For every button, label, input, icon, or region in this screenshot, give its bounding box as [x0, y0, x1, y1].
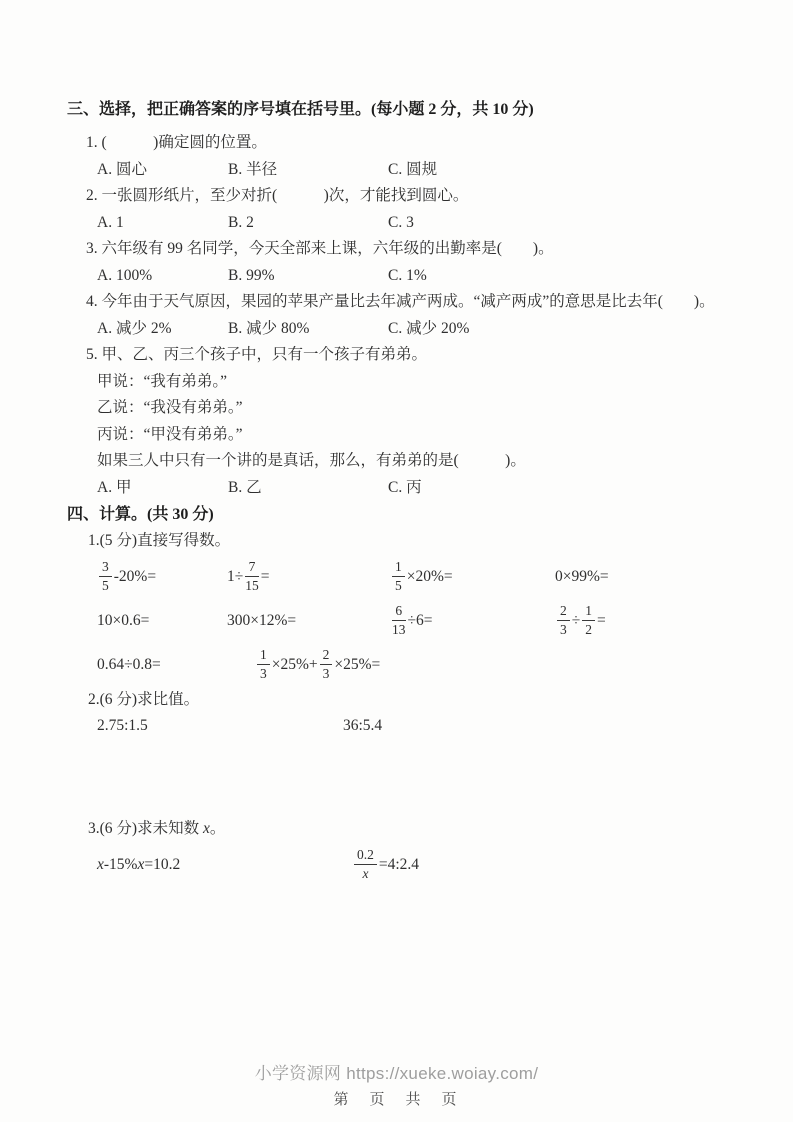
- math-text: 10×0.6=: [97, 612, 149, 630]
- sub3-label-suffix: 。: [210, 820, 226, 837]
- options-row: A. 减少 2%B. 减少 80%C. 减少 20%: [0, 316, 793, 343]
- question-line: 如果三人中只有一个讲的是真话，那么，有弟弟的是( )。: [97, 448, 793, 475]
- option-c: C. 减少 20%: [388, 316, 469, 343]
- math-expression: 0.64÷0.8=: [97, 643, 161, 687]
- question-stem: 5. 甲、乙、丙三个孩子中，只有一个孩子有弟弟。: [86, 342, 793, 369]
- math-expression: 35-20%=: [97, 555, 156, 599]
- calc-sub1-label: 1.(5 分)直接写得数。: [88, 528, 793, 555]
- calc-row: 35-20%=1÷715=15×20%=0×99%=: [0, 555, 793, 599]
- option-b: B. 99%: [228, 263, 275, 290]
- math-text: ×25%=: [334, 656, 380, 674]
- option-c: C. 1%: [388, 263, 427, 290]
- option-a: A. 100%: [97, 263, 152, 290]
- option-b: B. 半径: [228, 157, 277, 184]
- math-expression: 13×25%+23×25%=: [255, 643, 380, 687]
- question-stem: 4. 今年由于天气原因，果园的苹果产量比去年减产两成。“减产两成”的意思是比去年…: [86, 289, 793, 316]
- question-line: 丙说：“甲没有弟弟。”: [97, 422, 793, 449]
- math-text: x: [137, 856, 144, 874]
- option-a: A. 甲: [97, 475, 131, 502]
- multiple-choice-questions: 1. ( )确定圆的位置。A. 圆心B. 半径C. 圆规2. 一张圆形纸片，至少…: [0, 130, 793, 501]
- options-row: A. 圆心B. 半径C. 圆规: [0, 157, 793, 184]
- direct-calculation-rows: 35-20%=1÷715=15×20%=0×99%=10×0.6=300×12%…: [0, 555, 793, 687]
- math-expression: 1÷715=: [227, 555, 270, 599]
- option-b: B. 乙: [228, 475, 262, 502]
- option-b: B. 减少 80%: [228, 316, 309, 343]
- option-b: B. 2: [228, 210, 254, 237]
- math-text: =: [597, 612, 606, 630]
- option-c: C. 圆规: [388, 157, 437, 184]
- calc-sub3-label: 3.(6 分)求未知数 x。: [88, 816, 793, 843]
- options-row: A. 甲B. 乙C. 丙: [0, 475, 793, 502]
- math-expression: 10×0.6=: [97, 599, 149, 643]
- math-text: 1÷: [227, 568, 243, 586]
- question-stem: 1. ( )确定圆的位置。: [86, 130, 793, 157]
- page-footer: 小学资源网 https://xueke.woiay.com/ 第 页 共 页: [0, 1059, 793, 1109]
- fraction: 12: [582, 603, 595, 638]
- math-text: ÷: [572, 612, 581, 630]
- fraction: 23: [320, 647, 333, 682]
- fraction: 35: [99, 559, 112, 594]
- math-expression: 613÷6=: [390, 599, 433, 643]
- options-row: A. 100%B. 99%C. 1%: [0, 263, 793, 290]
- ratio-value: 2.75:1.5: [97, 713, 148, 739]
- math-text: -15%: [104, 856, 138, 874]
- math-text: ÷6=: [408, 612, 433, 630]
- fraction: 23: [557, 603, 570, 638]
- math-text: =: [261, 568, 270, 586]
- question-stem: 2. 一张圆形纸片，至少对折( )次，才能找到圆心。: [86, 183, 793, 210]
- option-c: C. 3: [388, 210, 414, 237]
- question-line: 乙说：“我没有弟弟。”: [97, 395, 793, 422]
- math-expression: 300×12%=: [227, 599, 296, 643]
- math-text: 0×99%=: [555, 568, 609, 586]
- fraction: 0.2x: [354, 847, 377, 882]
- math-text: 0.64÷0.8=: [97, 656, 161, 674]
- equation: x-15%x=10.2: [97, 843, 180, 887]
- math-expression: 15×20%=: [390, 555, 453, 599]
- ratio-values-row: 2.75:1.536:5.4: [0, 713, 793, 739]
- option-a: A. 1: [97, 210, 124, 237]
- math-text: =4:2.4: [379, 856, 419, 874]
- fraction: 15: [392, 559, 405, 594]
- question-line: 甲说：“我有弟弟。”: [97, 369, 793, 396]
- math-text: ×25%+: [272, 656, 318, 674]
- section3-heading: 三、选择，把正确答案的序号填在括号里。(每小题 2 分，共 10 分): [67, 96, 793, 123]
- worksheet-page: 三、选择，把正确答案的序号填在括号里。(每小题 2 分，共 10 分) 1. (…: [0, 0, 793, 1122]
- sub3-label-variable: x: [203, 820, 210, 837]
- fraction: 613: [392, 603, 406, 638]
- option-a: A. 减少 2%: [97, 316, 171, 343]
- calc-sub2-label: 2.(6 分)求比值。: [88, 687, 793, 714]
- math-expression: 23÷12=: [555, 599, 606, 643]
- math-text: 300×12%=: [227, 612, 296, 630]
- calc-row: 0.64÷0.8=13×25%+23×25%=: [0, 643, 793, 687]
- calc-row: 10×0.6=300×12%=613÷6=23÷12=: [0, 599, 793, 643]
- math-text: x: [97, 856, 104, 874]
- source-site-text: 小学资源网 https://xueke.woiay.com/: [0, 1059, 793, 1084]
- ratio-value: 36:5.4: [343, 713, 382, 739]
- options-row: A. 1B. 2C. 3: [0, 210, 793, 237]
- math-text: =10.2: [144, 856, 180, 874]
- math-text: ×20%=: [407, 568, 453, 586]
- page-number-text: 第 页 共 页: [0, 1088, 793, 1109]
- unknown-equations-row: x-15%x=10.20.2x=4:2.4: [0, 843, 793, 887]
- math-text: -20%=: [114, 568, 156, 586]
- equation: 0.2x=4:2.4: [352, 843, 419, 887]
- section4-heading: 四、计算。(共 30 分): [67, 501, 793, 528]
- fraction: 13: [257, 647, 270, 682]
- question-stem: 3. 六年级有 99 名同学，今天全部来上课，六年级的出勤率是( )。: [86, 236, 793, 263]
- option-c: C. 丙: [388, 475, 422, 502]
- sub3-label-prefix: 3.(6 分)求未知数: [88, 820, 203, 837]
- option-a: A. 圆心: [97, 157, 147, 184]
- fraction: 715: [245, 559, 259, 594]
- math-expression: 0×99%=: [555, 555, 609, 599]
